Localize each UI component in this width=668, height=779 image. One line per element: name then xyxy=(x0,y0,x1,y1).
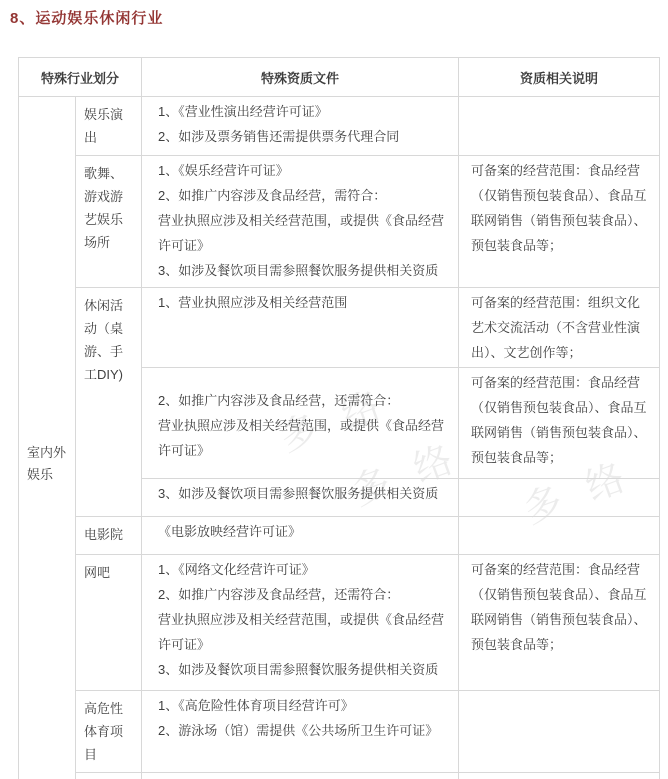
col-header-industry: 特殊行业划分 xyxy=(19,58,142,97)
table-row: 休闲活动（桌游、手工DIY) 1、营业执照应涉及相关经营范围 可备案的经营范围：… xyxy=(19,288,660,368)
table-row-partial xyxy=(19,773,660,779)
doc-line: 2、如涉及票务销售还需提供票务代理合同 xyxy=(158,124,444,149)
subcategory-cell: 电影院 xyxy=(76,517,142,555)
table-row: 歌舞、游戏游艺娱乐场所 1、《娱乐经营许可证》 2、如推广内容涉及食品经营，需符… xyxy=(19,156,660,288)
table-row: 网吧 1、《网络文化经营许可证》 2、如推广内容涉及食品经营，还需符合： 营业执… xyxy=(19,555,660,691)
col-header-notes: 资质相关说明 xyxy=(459,58,660,97)
header-row: 特殊行业划分 特殊资质文件 资质相关说明 xyxy=(19,58,660,97)
subcategory-cell xyxy=(76,773,142,779)
doc-line: 3、如涉及餐饮项目需参照餐饮服务提供相关资质 xyxy=(158,258,444,283)
doc-line: 2、如推广内容涉及食品经营，还需符合： xyxy=(158,582,444,607)
doc-line: 营业执照应涉及相关经营范围，或提供《食品经营许可证》 xyxy=(158,607,444,657)
doc-line: 1、营业执照应涉及相关经营范围 xyxy=(158,290,444,315)
doc-line: 1、《网络文化经营许可证》 xyxy=(158,557,444,582)
documents-cell: 1、《营业性演出经营许可证》 2、如涉及票务销售还需提供票务代理合同 xyxy=(142,97,459,156)
note-cell xyxy=(459,773,660,779)
note-cell: 可备案的经营范围：食品经营（仅销售预包装食品）、食品互联网销售（销售预包装食品）… xyxy=(459,368,660,479)
subcategory-cell: 高危性体育项目 xyxy=(76,691,142,773)
doc-line: 1、《娱乐经营许可证》 xyxy=(158,158,444,183)
table-row: 高危性体育项目 1、《高危险性体育项目经营许可》 2、游泳场（馆）需提供《公共场… xyxy=(19,691,660,773)
note-cell xyxy=(459,691,660,773)
documents-cell xyxy=(142,773,459,779)
documents-cell: 1、《高危险性体育项目经营许可》 2、游泳场（馆）需提供《公共场所卫生许可证》 xyxy=(142,691,459,773)
document-page: 8、运动娱乐休闲行业 多络 多络 多络 特殊行业划分 特殊资质文件 资质相关说明… xyxy=(0,0,668,779)
doc-line: 3、如涉及餐饮项目需参照餐饮服务提供相关资质 xyxy=(158,657,444,682)
note-cell xyxy=(459,97,660,156)
documents-cell: 1、《娱乐经营许可证》 2、如推广内容涉及食品经营，需符合： 营业执照应涉及相关… xyxy=(142,156,459,288)
col-header-documents: 特殊资质文件 xyxy=(142,58,459,97)
subcategory-cell: 休闲活动（桌游、手工DIY) xyxy=(76,288,142,517)
subcategory-cell: 歌舞、游戏游艺娱乐场所 xyxy=(76,156,142,288)
documents-cell: 3、如涉及餐饮项目需参照餐饮服务提供相关资质 xyxy=(142,479,459,517)
doc-line: 2、如推广内容涉及食品经营，还需符合： xyxy=(158,388,444,413)
doc-line: 营业执照应涉及相关经营范围，或提供《食品经营许可证》 xyxy=(158,413,444,463)
documents-cell: 《电影放映经营许可证》 xyxy=(142,517,459,555)
note-cell xyxy=(459,479,660,517)
note-cell: 可备案的经营范围：组织文化艺术交流活动（不含营业性演出）、文艺创作等； xyxy=(459,288,660,368)
doc-line: 3、如涉及餐饮项目需参照餐饮服务提供相关资质 xyxy=(158,481,444,506)
subcategory-cell: 娱乐演出 xyxy=(76,97,142,156)
page-title: 8、运动娱乐休闲行业 xyxy=(10,7,163,28)
doc-line: 《电影放映经营许可证》 xyxy=(158,519,444,544)
doc-line: 营业执照应涉及相关经营范围，或提供《食品经营许可证》 xyxy=(158,208,444,258)
subcategory-cell: 网吧 xyxy=(76,555,142,691)
table-row: 室内外娱乐 娱乐演出 1、《营业性演出经营许可证》 2、如涉及票务销售还需提供票… xyxy=(19,97,660,156)
note-cell xyxy=(459,517,660,555)
documents-cell: 2、如推广内容涉及食品经营，还需符合： 营业执照应涉及相关经营范围，或提供《食品… xyxy=(142,368,459,479)
category-cell: 室内外娱乐 xyxy=(19,97,76,779)
note-cell: 可备案的经营范围：食品经营（仅销售预包装食品）、食品互联网销售（销售预包装食品）… xyxy=(459,156,660,288)
documents-cell: 1、营业执照应涉及相关经营范围 xyxy=(142,288,459,368)
table-row: 电影院 《电影放映经营许可证》 xyxy=(19,517,660,555)
doc-line: 2、如推广内容涉及食品经营，需符合： xyxy=(158,183,444,208)
doc-line: 2、游泳场（馆）需提供《公共场所卫生许可证》 xyxy=(158,718,444,743)
note-cell: 可备案的经营范围：食品经营（仅销售预包装食品）、食品互联网销售（销售预包装食品）… xyxy=(459,555,660,691)
qualification-table: 特殊行业划分 特殊资质文件 资质相关说明 室内外娱乐 娱乐演出 1、《营业性演出… xyxy=(18,57,660,779)
doc-line: 1、《营业性演出经营许可证》 xyxy=(158,99,444,124)
documents-cell: 1、《网络文化经营许可证》 2、如推广内容涉及食品经营，还需符合： 营业执照应涉… xyxy=(142,555,459,691)
doc-line: 1、《高危险性体育项目经营许可》 xyxy=(158,693,444,718)
